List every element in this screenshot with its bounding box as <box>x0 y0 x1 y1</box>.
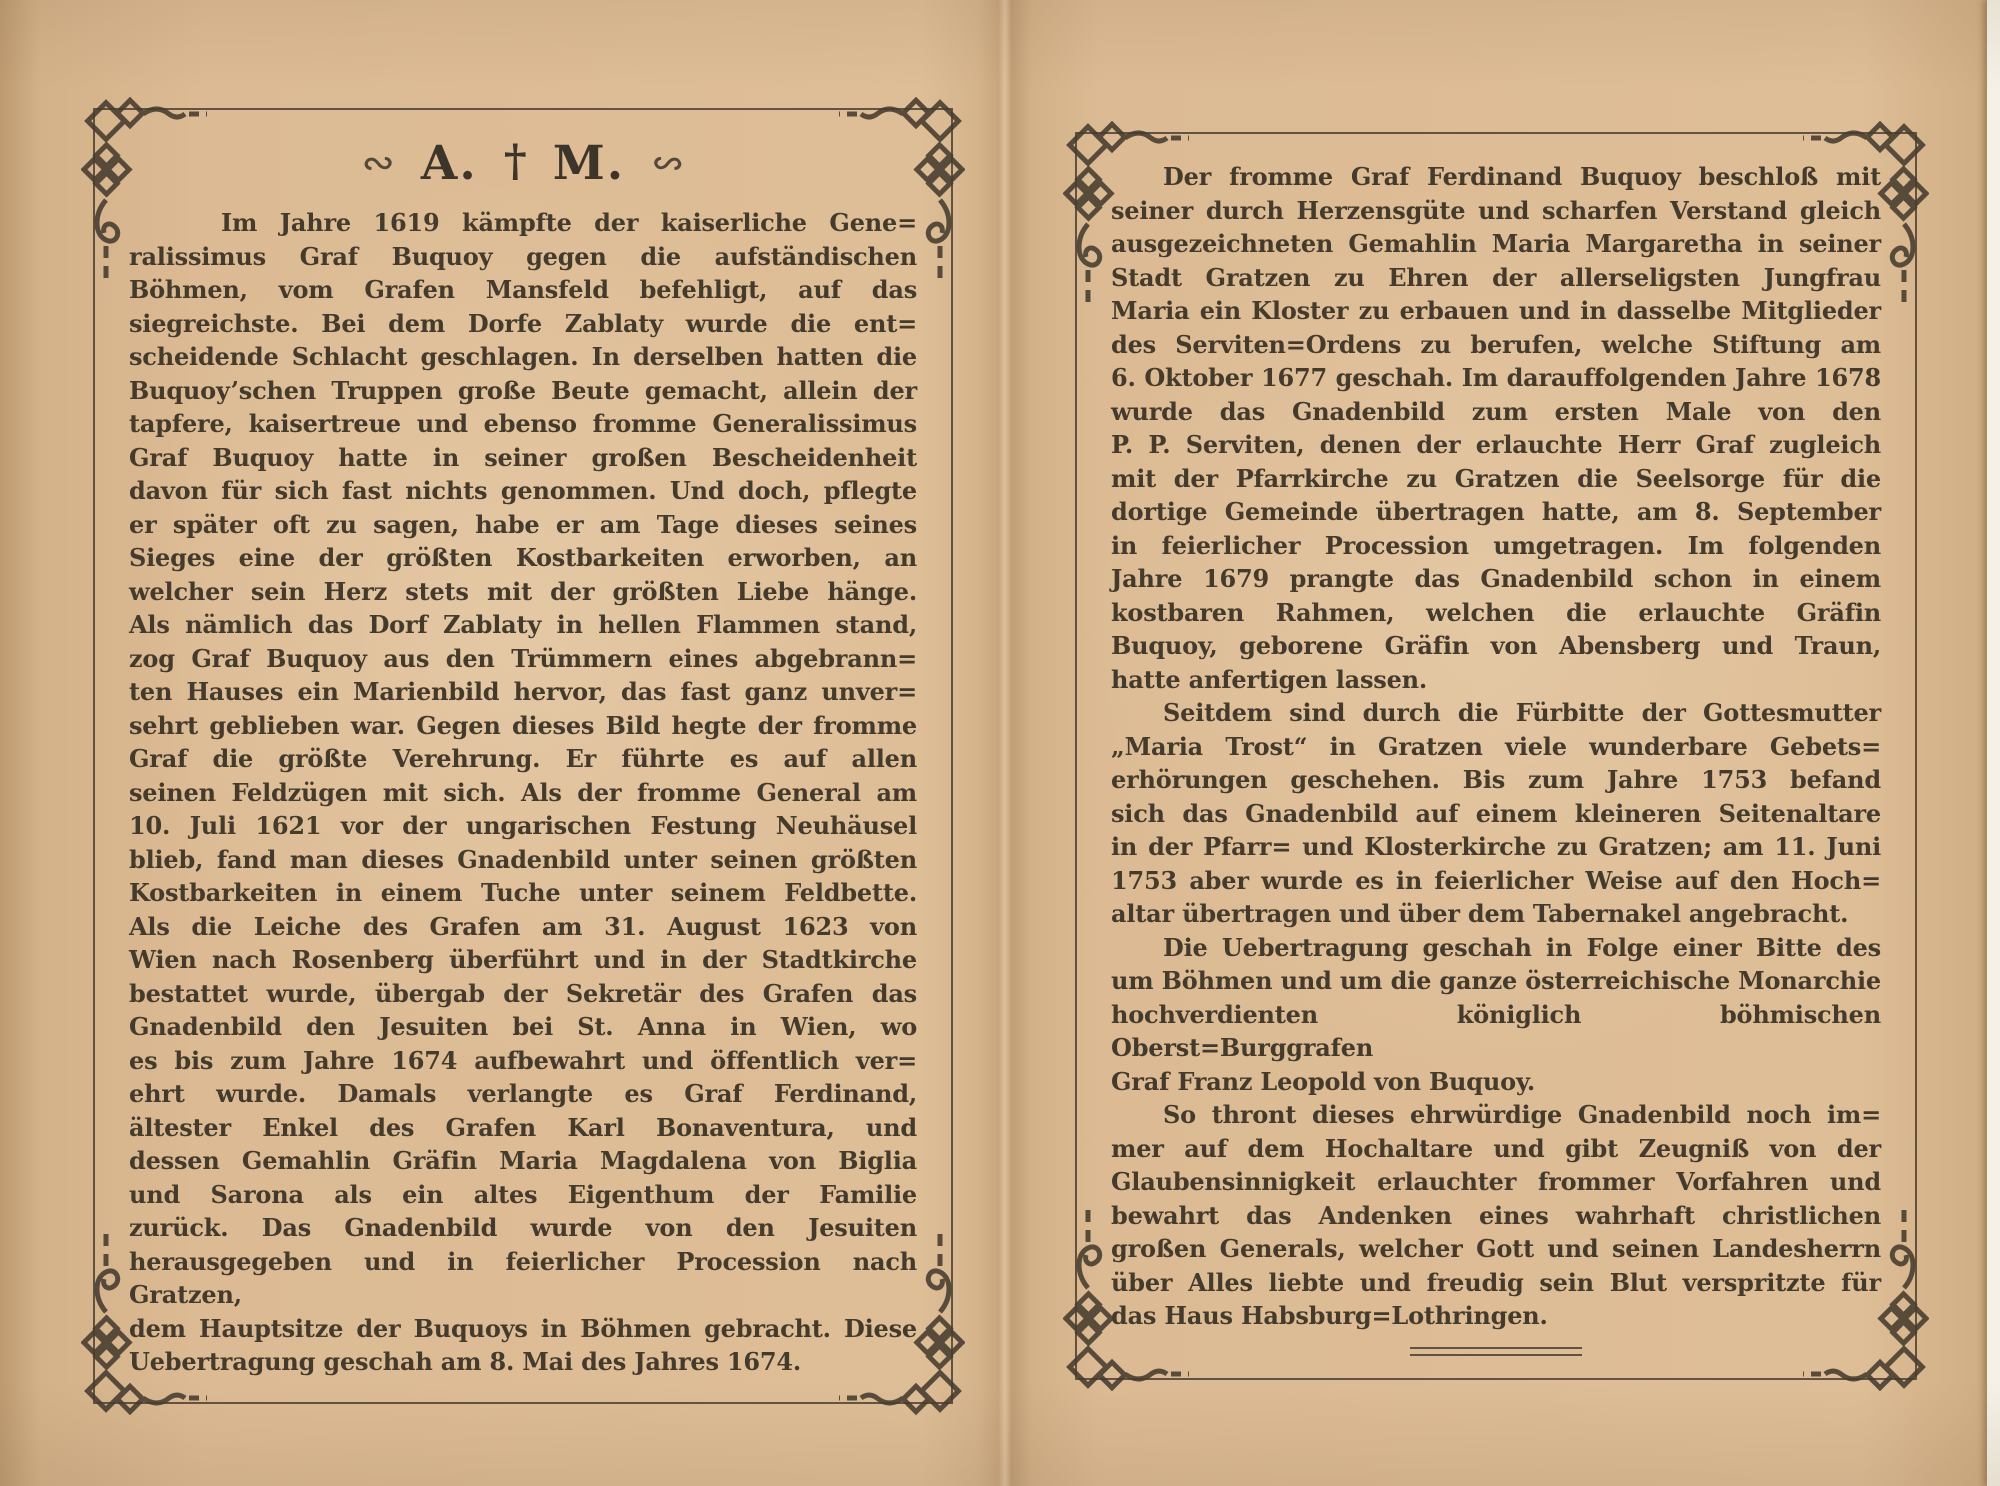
left-page-paragraph: Im Jahre 1619 kämpfte der kaiserliche Ge… <box>129 206 917 1379</box>
text-line: in der Pfarr= und Klosterkirche zu Gratz… <box>1111 830 1881 864</box>
text-line: mer auf dem Hochaltare und gibt Zeugniß … <box>1111 1132 1881 1166</box>
monogram-initial-m: M. <box>553 136 625 191</box>
text-line: mit der Pfarrkirche zu Gratzen die Seels… <box>1111 462 1881 496</box>
center-fold-crease <box>978 0 1032 1486</box>
text-line: Als die Leiche des Grafen am 31. August … <box>129 910 917 944</box>
right-page-paragraph-3: Die Uebertragung geschah in Folge einer … <box>1111 931 1881 1099</box>
text-line: Böhmen, vom Grafen Mansfeld befehligt, a… <box>129 273 917 307</box>
text-line: das Haus Habsburg=Lothringen. <box>1111 1299 1881 1333</box>
text-line: Gnadenbild den Jesuiten bei St. Anna in … <box>129 1010 917 1044</box>
text-line: So thront dieses ehrwürdige Gnadenbild n… <box>1111 1098 1881 1132</box>
text-line: Uebertragung geschah am 8. Mai des Jahre… <box>129 1345 917 1379</box>
text-line: seiner durch Herzensgüte und scharfen Ve… <box>1111 194 1881 228</box>
closing-double-rule <box>1410 1347 1582 1356</box>
text-line: über Alles liebte und freudig sein Blut … <box>1111 1266 1881 1300</box>
text-line: Buquoy, geborene Gräfin von Abensberg un… <box>1111 629 1881 663</box>
text-line: ältester Enkel des Grafen Karl Bonaventu… <box>129 1111 917 1145</box>
monogram-initial-a: A. <box>421 136 478 191</box>
text-line: Stadt Gratzen zu Ehren der allerseligste… <box>1111 261 1881 295</box>
text-line: wurde das Gnadenbild zum ersten Male von… <box>1111 395 1881 429</box>
text-line: Graf Buquoy hatte in seiner großen Besch… <box>129 441 917 475</box>
text-line: 1753 aber wurde es in feierlicher Weise … <box>1111 864 1881 898</box>
text-line: „Maria Trost“ in Gratzen viele wunderbar… <box>1111 730 1881 764</box>
text-line: Maria ein Kloster zu erbauen und in dass… <box>1111 294 1881 328</box>
text-line: und Sarona als ein altes Eigenthum der F… <box>129 1178 917 1212</box>
text-line: um Böhmen und um die ganze österreichisc… <box>1111 964 1881 998</box>
text-line: bestattet wurde, übergab der Sekretär de… <box>129 977 917 1011</box>
text-line: 10. Juli 1621 vor der ungarischen Festun… <box>129 809 917 843</box>
text-line: erhörungen geschehen. Bis zum Jahre 1753… <box>1111 763 1881 797</box>
text-line: Als nämlich das Dorf Zablaty in hellen F… <box>129 608 917 642</box>
text-line: Die Uebertragung geschah in Folge einer … <box>1111 931 1881 965</box>
text-line: herausgegeben und in feierlicher Process… <box>129 1245 917 1312</box>
text-line: blieb, fand man dieses Gnadenbild unter … <box>129 843 917 877</box>
text-line: des Serviten=Ordens zu berufen, welche S… <box>1111 328 1881 362</box>
scanner-background-edge <box>1987 0 2000 1486</box>
cross-icon: † <box>504 136 527 187</box>
flourish-right-icon: ∾ <box>651 140 685 186</box>
text-line: Graf die größte Verehrung. Er führte es … <box>129 742 917 776</box>
text-line: dessen Gemahlin Gräfin Maria Magdalena v… <box>129 1144 917 1178</box>
text-line: Seitdem sind durch die Fürbitte der Gott… <box>1111 696 1881 730</box>
text-line: seinen Feldzügen mit sich. Als der fromm… <box>129 776 917 810</box>
text-line: ralissimus Graf Buquoy gegen die aufstän… <box>129 240 917 274</box>
text-line: Wien nach Rosenberg überführt und in der… <box>129 943 917 977</box>
text-line: er später oft zu sagen, habe er am Tage … <box>129 508 917 542</box>
text-line: welcher sein Herz stets mit der größten … <box>129 575 917 609</box>
text-line: ten Hauses ein Marienbild hervor, das fa… <box>129 675 917 709</box>
text-line: sich das Gnadenbild auf einem kleineren … <box>1111 797 1881 831</box>
text-line: hochverdienten königlich böhmischen Ober… <box>1111 998 1881 1065</box>
text-line: Im Jahre 1619 kämpfte der kaiserliche Ge… <box>129 206 917 240</box>
text-line: es bis zum Jahre 1674 aufbewahrt und öff… <box>129 1044 917 1078</box>
scanned-prayer-card: ∾ A. † M. ∾ Im Jahre 1619 kämpfte der ka… <box>0 0 2000 1486</box>
text-line: sehrt geblieben war. Gegen dieses Bild h… <box>129 709 917 743</box>
right-page-paragraph-4: So thront dieses ehrwürdige Gnadenbild n… <box>1111 1098 1881 1333</box>
right-page: Der fromme Graf Ferdinand Buquoy beschlo… <box>1075 132 1917 1380</box>
right-page-paragraph-2: Seitdem sind durch die Fürbitte der Gott… <box>1111 696 1881 931</box>
right-page-paragraph-1: Der fromme Graf Ferdinand Buquoy beschlo… <box>1111 160 1881 696</box>
text-line: hatte anfertigen lassen. <box>1111 663 1881 697</box>
text-line: bewahrt das Andenken eines wahrhaft chri… <box>1111 1199 1881 1233</box>
text-line: ausgezeichneten Gemahlin Maria Margareth… <box>1111 227 1881 261</box>
marian-monogram: ∾ A. † M. ∾ <box>129 126 917 200</box>
text-line: großen Generals, welcher Gott und seinen… <box>1111 1232 1881 1266</box>
text-line: dem Hauptsitze der Buquoys in Böhmen geb… <box>129 1312 917 1346</box>
text-line: kostbaren Rahmen, welchen die erlauchte … <box>1111 596 1881 630</box>
text-line: tapfere, kaisertreue und ebenso fromme G… <box>129 407 917 441</box>
text-line: P. P. Serviten, denen der erlauchte Herr… <box>1111 428 1881 462</box>
text-line: Sieges eine der größten Kostbarkeiten er… <box>129 541 917 575</box>
flourish-left-icon: ∾ <box>361 140 395 186</box>
text-line: Der fromme Graf Ferdinand Buquoy beschlo… <box>1111 160 1881 194</box>
text-line: dortige Gemeinde übertragen hatte, am 8.… <box>1111 495 1881 529</box>
text-line: zog Graf Buquoy aus den Trümmern eines a… <box>129 642 917 676</box>
text-line: 6. Oktober 1677 geschah. Im darauffolgen… <box>1111 361 1881 395</box>
text-line: siegreichste. Bei dem Dorfe Zablaty wurd… <box>129 307 917 341</box>
text-line: Kostbarkeiten in einem Tuche unter seine… <box>129 876 917 910</box>
text-line: in feierlicher Procession umgetragen. Im… <box>1111 529 1881 563</box>
text-line: Graf Franz Leopold von Buquoy. <box>1111 1065 1881 1099</box>
text-line: davon für sich fast nichts genommen. Und… <box>129 474 917 508</box>
left-page: ∾ A. † M. ∾ Im Jahre 1619 kämpfte der ka… <box>93 108 953 1404</box>
text-line: Buquoy’schen Truppen große Beute gemacht… <box>129 374 917 408</box>
text-line: zurück. Das Gnadenbild wurde von den Jes… <box>129 1211 917 1245</box>
text-line: altar übertragen und über dem Tabernakel… <box>1111 897 1881 931</box>
text-line: Glaubensinnigkeit erlauchter frommer Vor… <box>1111 1165 1881 1199</box>
text-line: ehrt wurde. Damals verlangte es Graf Fer… <box>129 1077 917 1111</box>
text-line: Jahre 1679 prangte das Gnadenbild schon … <box>1111 562 1881 596</box>
text-line: scheidende Schlacht geschlagen. In derse… <box>129 340 917 374</box>
